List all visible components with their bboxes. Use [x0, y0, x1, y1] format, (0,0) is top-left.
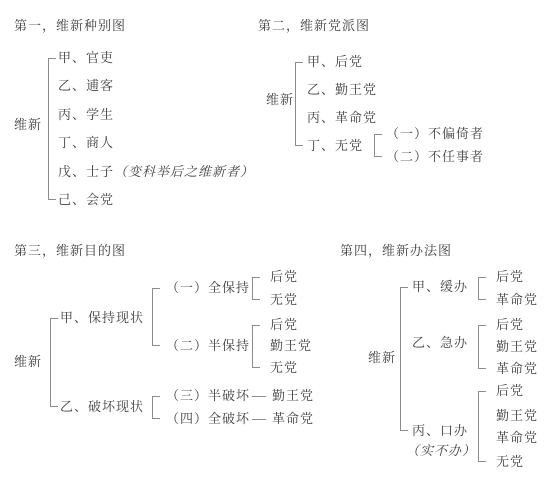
diagram1-item: 己、会党 — [58, 192, 114, 208]
diagram3-subA2-bracket — [252, 325, 260, 368]
connector-line — [252, 419, 266, 420]
diagram3-sub-label: （三）半破坏 — [166, 388, 250, 404]
diagram2-sub-item: （一）不偏倚者 — [386, 126, 484, 142]
diagram3-sub-label: （一）全保持 — [166, 280, 250, 296]
diagram3-sub-label: （四）全破坏 — [166, 411, 250, 427]
diagram3-root-label: 维新 — [14, 354, 42, 370]
party-label: 后党 — [270, 269, 298, 285]
diagram2-item: 丁、无党 — [307, 138, 363, 154]
party-label: 勤王党 — [496, 339, 538, 355]
diagram3-groupB-bracket — [152, 396, 160, 419]
party-label: 革命党 — [272, 411, 314, 427]
diagram2-root-label: 维新 — [266, 92, 294, 108]
party-label: 后党 — [496, 317, 524, 333]
diagram1-item: 甲、官吏 — [58, 50, 114, 66]
diagram3-subA1-bracket — [252, 277, 260, 300]
diagram1-item: 丁、商人 — [58, 135, 114, 151]
diagram-page: 第一，维新种别图 维新 甲、官吏 乙、逋客 丙、学生 丁、商人 戊、士子（变科举… — [0, 0, 560, 485]
diagram1-item: 乙、逋客 — [58, 78, 114, 94]
diagram2-item: 甲、后党 — [307, 54, 363, 70]
party-label: 后党 — [496, 269, 524, 285]
diagram4-bracket — [400, 287, 408, 431]
diagram1-root-label: 维新 — [14, 117, 42, 133]
party-label: 勤王党 — [272, 388, 314, 404]
party-label: 后党 — [496, 383, 524, 399]
diagram2-item: 乙、勤王党 — [307, 82, 377, 98]
diagram3-groupA-bracket — [152, 288, 160, 346]
diagram3-sub-label: （二）半保持 — [166, 338, 250, 354]
diagram1-item-label: 戊、士子 — [58, 164, 114, 179]
party-label: 革命党 — [496, 292, 538, 308]
diagram3-bracket — [50, 318, 58, 407]
party-label: 无党 — [270, 360, 298, 376]
party-label: 后党 — [270, 317, 298, 333]
diagram1-bracket — [48, 58, 56, 200]
diagram3-group-label: 甲、保持现状 — [60, 310, 144, 326]
diagram1-title: 第一，维新种别图 — [14, 18, 126, 34]
diagram2-bracket — [295, 62, 303, 146]
party-label: 勤王党 — [270, 338, 312, 354]
party-label: 无党 — [496, 454, 524, 470]
diagram3-title: 第三，维新目的图 — [14, 243, 126, 259]
diagram4-groupA-bracket — [478, 277, 486, 300]
diagram4-group-label: 丙、口办 — [412, 423, 468, 439]
diagram2-title: 第二，维新党派图 — [258, 18, 370, 34]
diagram2-sub-bracket — [374, 134, 382, 157]
diagram4-group-note: （实不办） — [406, 443, 476, 459]
diagram1-item: 戊、士子（变科举后之维新者） — [58, 164, 254, 180]
party-label: 革命党 — [496, 430, 538, 446]
diagram2-item: 丙、革命党 — [307, 110, 377, 126]
diagram4-group-label: 甲、缓办 — [412, 279, 468, 295]
connector-line — [252, 396, 266, 397]
party-label: 革命党 — [496, 361, 538, 377]
diagram4-title: 第四，维新办法图 — [340, 243, 452, 259]
diagram2-sub-item: （二）不任事者 — [386, 149, 484, 165]
diagram1-item: 丙、学生 — [58, 107, 114, 123]
party-label: 勤王党 — [496, 408, 538, 424]
diagram4-root-label: 维新 — [368, 350, 396, 366]
diagram3-group-label: 乙、破坏现状 — [60, 399, 144, 415]
diagram4-groupB-bracket — [478, 325, 486, 369]
diagram1-item-note: （变科举后之维新者） — [114, 164, 254, 179]
diagram4-groupC-bracket — [478, 391, 486, 462]
diagram4-group-label: 乙、急办 — [412, 335, 468, 351]
party-label: 无党 — [270, 292, 298, 308]
